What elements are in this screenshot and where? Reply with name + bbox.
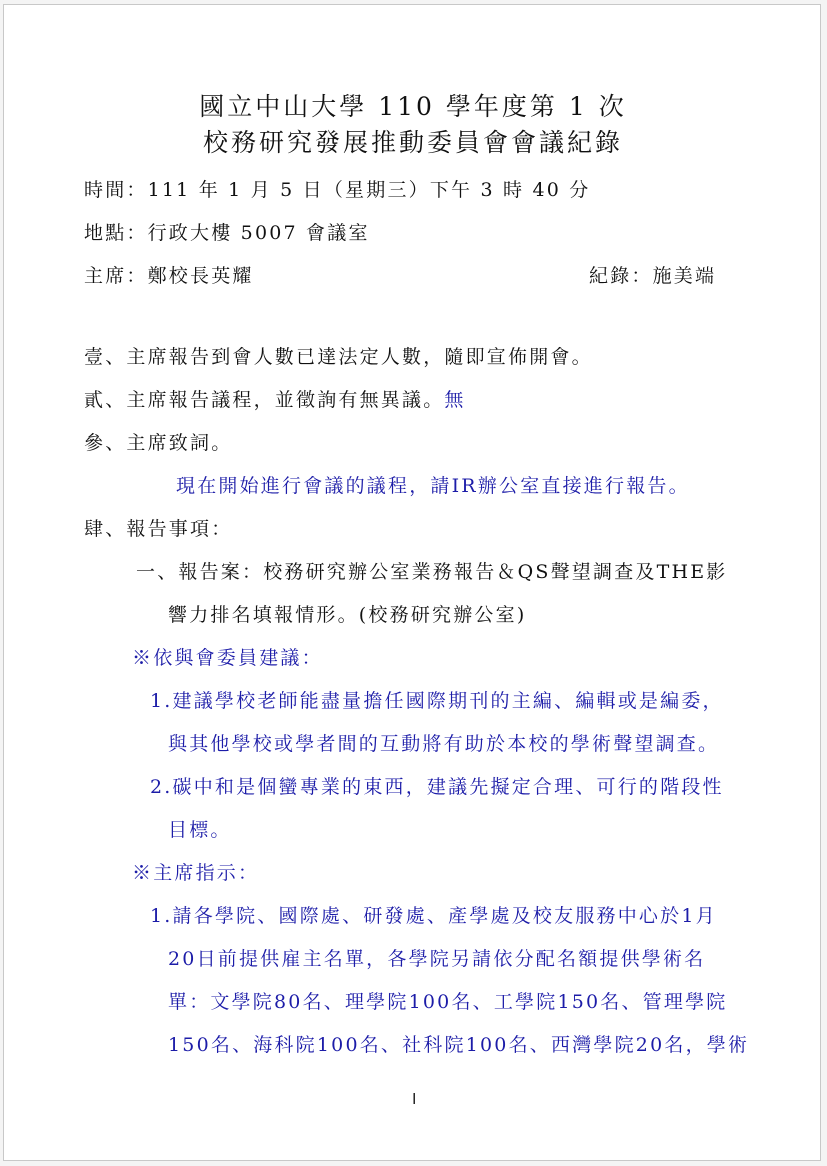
recorder-value: 施美端 bbox=[653, 265, 717, 287]
meeting-time: 時間：111 年 1 月 5 日（星期三）下午 3 時 40 分 bbox=[84, 178, 590, 202]
chair-instruction-line: 單：文學院80名、理學院100名、工學院150名、管理學院 bbox=[168, 990, 728, 1014]
chair-remarks: 現在開始進行會議的議程，請IR辦公室直接進行報告。 bbox=[176, 474, 690, 498]
meeting-place: 地點：行政大樓 5007 會議室 bbox=[84, 221, 370, 245]
suggestion-1-line1: 1.建議學校老師能盡量擔任國際期刊的主編、編輯或是編委， bbox=[150, 689, 724, 713]
chair-instruction-line: 1.請各學院、國際處、研發處、產學處及校友服務中心於1月 bbox=[150, 904, 717, 928]
report-item-line1: 一、報告案：校務研究辦公室業務報告＆QS聲望調查及THE影 bbox=[136, 560, 728, 584]
section-2: 貳、主席報告議程，並徵詢有無異議。無 bbox=[84, 388, 466, 412]
place-value: 行政大樓 5007 會議室 bbox=[148, 222, 370, 244]
time-label: 時間： bbox=[84, 179, 148, 201]
section-4: 肆、報告事項： bbox=[84, 517, 232, 541]
meeting-chair: 主席：鄭校長英耀 bbox=[84, 264, 254, 288]
section-1: 壹、主席報告到會人數已達法定人數，隨即宣佈開會。 bbox=[84, 345, 593, 369]
section-2-text: 貳、主席報告議程，並徵詢有無異議。 bbox=[84, 389, 444, 411]
time-value: 111 年 1 月 5 日（星期三）下午 3 時 40 分 bbox=[148, 179, 591, 201]
suggestion-1-line2: 與其他學校或學者間的互動將有助於本校的學術聲望調查。 bbox=[168, 732, 719, 756]
report-item-line2: 響力排名填報情形。(校務研究辦公室) bbox=[168, 603, 526, 627]
suggestions-heading: ※依與會委員建議： bbox=[132, 646, 323, 670]
section-3: 參、主席致詞。 bbox=[84, 431, 232, 455]
document-page: 國立中山大學 110 學年度第 1 次 校務研究發展推動委員會會議紀錄 時間：1… bbox=[3, 4, 821, 1161]
chair-instructions-heading: ※主席指示： bbox=[132, 861, 259, 885]
recorder-label: 紀錄： bbox=[589, 265, 653, 287]
suggestion-2-line2: 目標。 bbox=[168, 818, 232, 842]
document-title-line1: 國立中山大學 110 學年度第 1 次 bbox=[4, 91, 822, 123]
place-label: 地點： bbox=[84, 222, 148, 244]
page-number: I bbox=[412, 1091, 416, 1109]
section-2-note: 無 bbox=[444, 389, 465, 411]
chair-instruction-line: 20日前提供雇主名單，各學院另請依分配名額提供學術名 bbox=[168, 947, 705, 971]
document-title-line2: 校務研究發展推動委員會會議紀錄 bbox=[4, 127, 822, 159]
chair-value: 鄭校長英耀 bbox=[148, 265, 254, 287]
chair-instruction-line: 150名、海科院100名、社科院100名、西灣學院20名，學術 bbox=[168, 1033, 749, 1057]
chair-label: 主席： bbox=[84, 265, 148, 287]
suggestion-2-line1: 2.碳中和是個蠻專業的東西，建議先擬定合理、可行的階段性 bbox=[150, 775, 724, 799]
meeting-recorder: 紀錄：施美端 bbox=[589, 264, 716, 288]
